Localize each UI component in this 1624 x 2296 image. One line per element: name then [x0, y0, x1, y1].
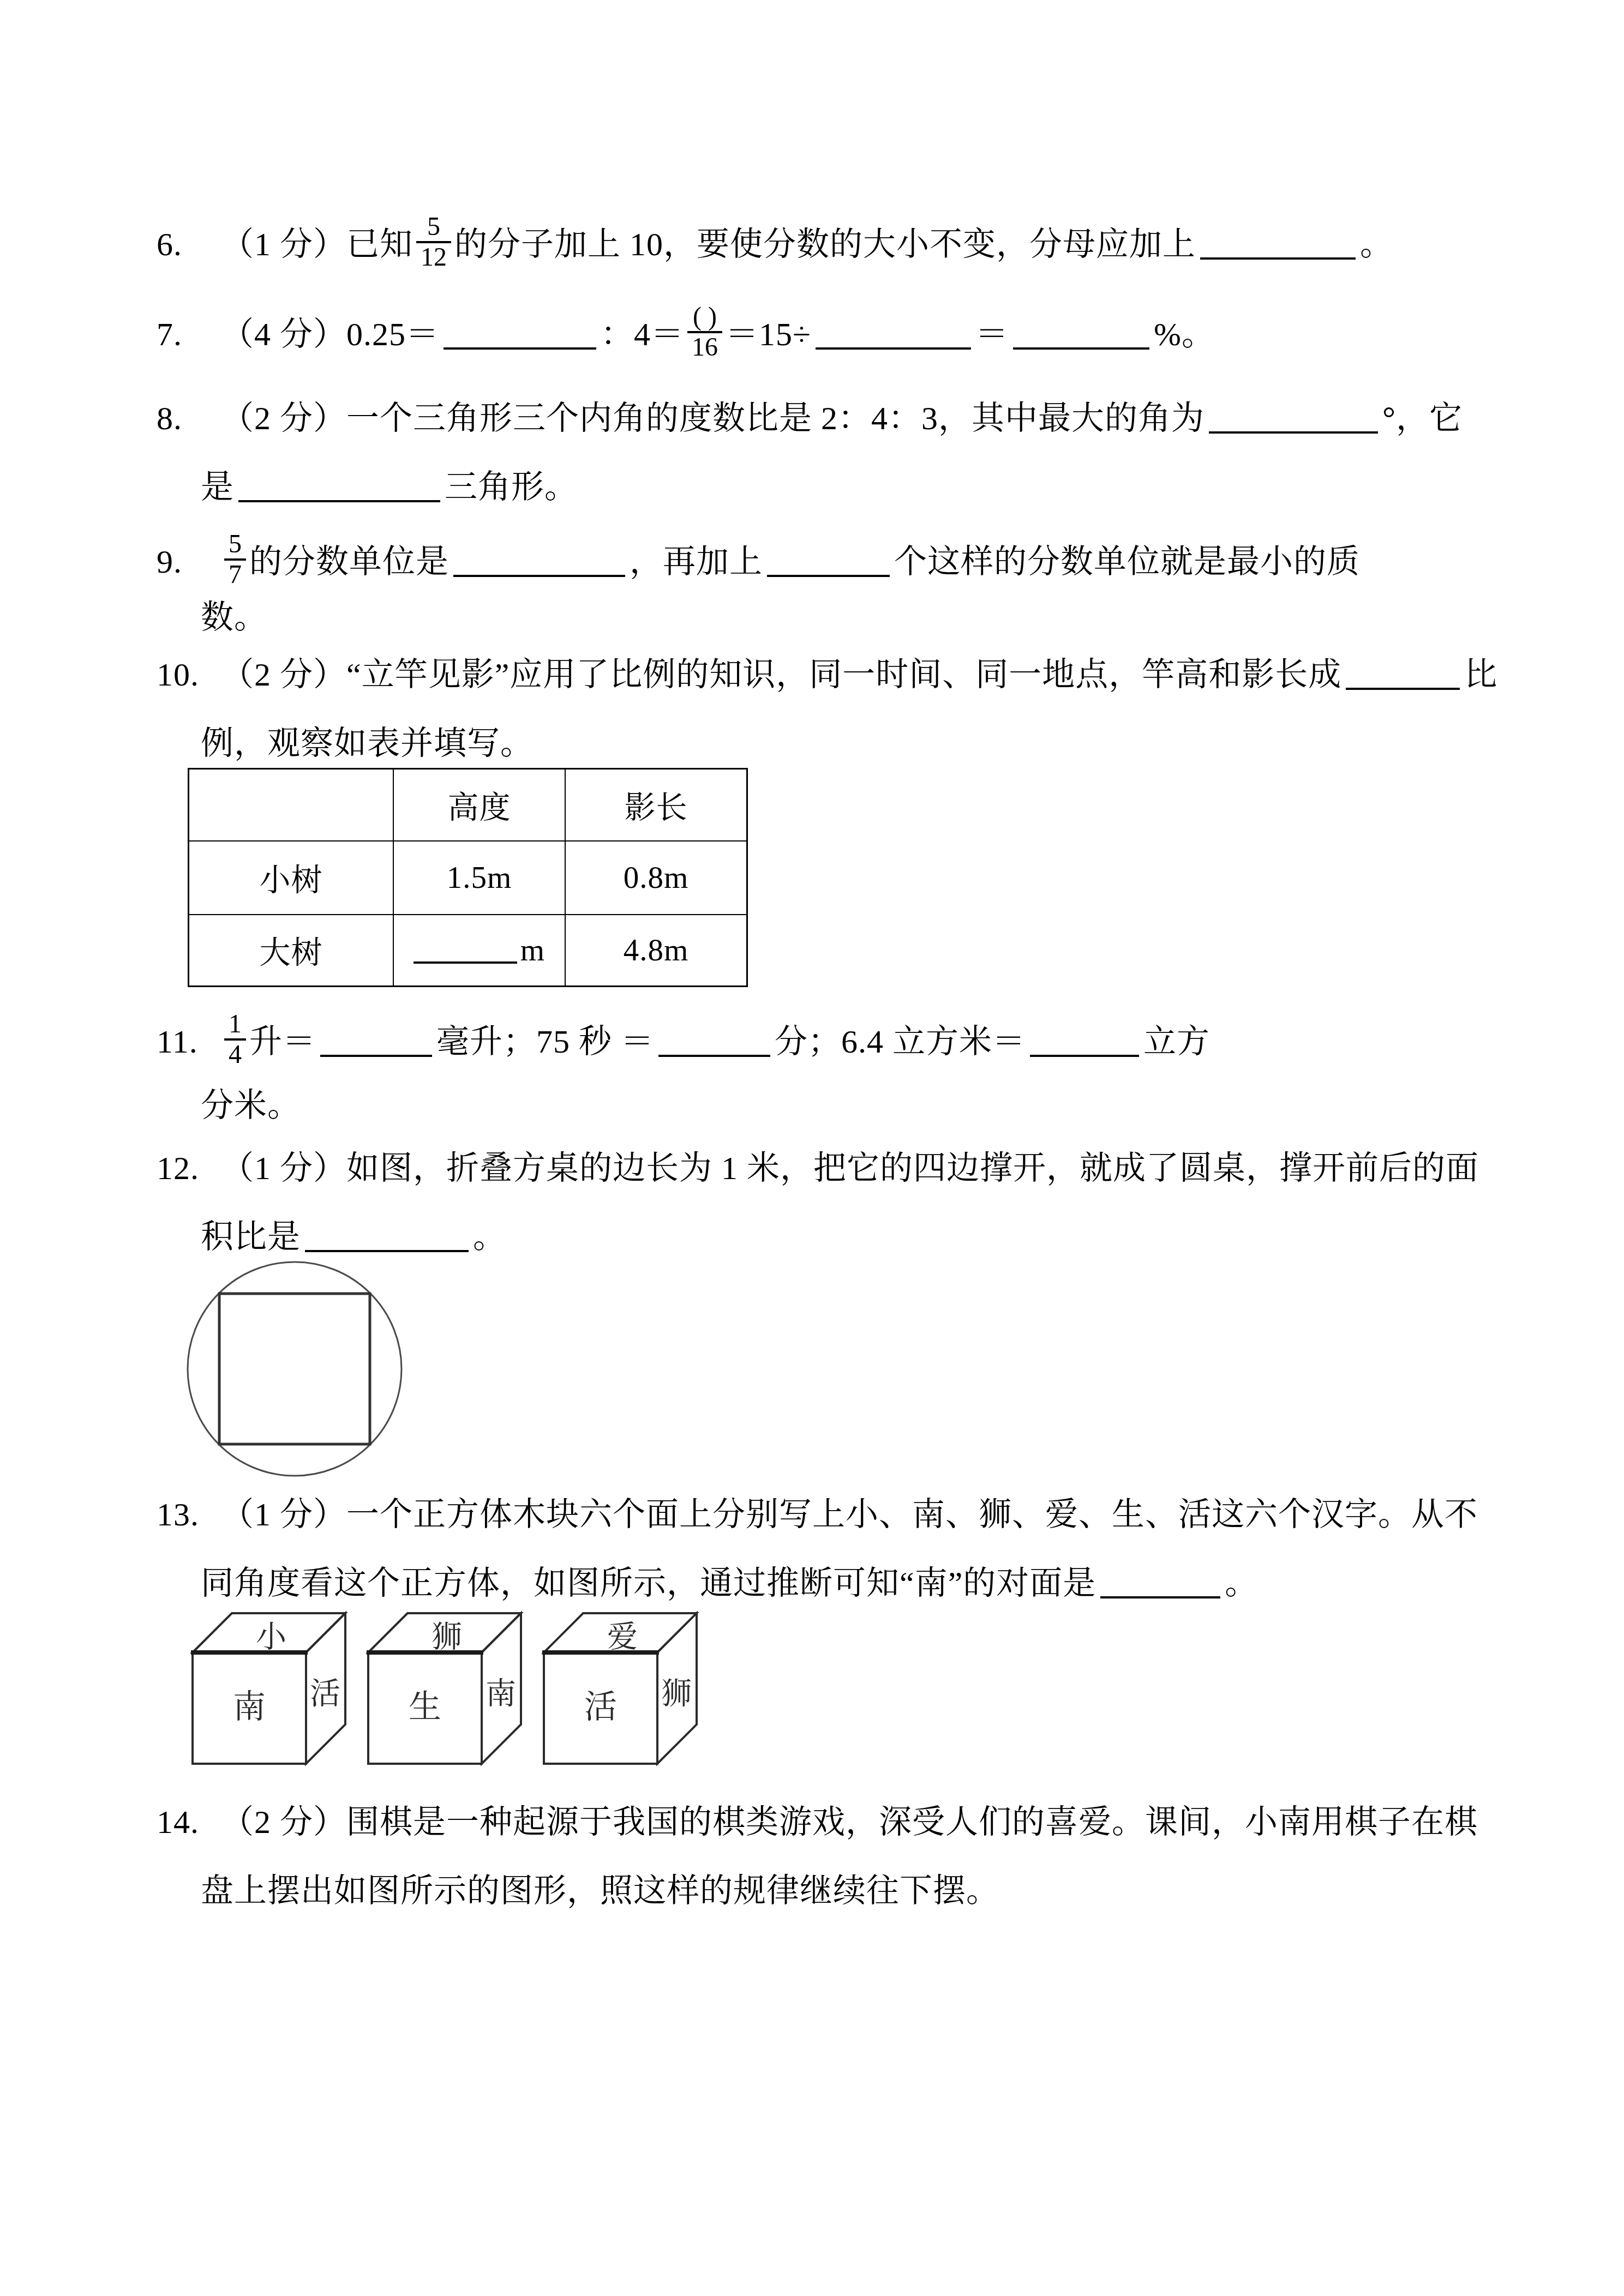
question-14-number: 14.	[157, 1802, 221, 1842]
question-13-line-1: 13.（1 分）一个正方体木块六个面上分别写上小、南、狮、爱、生、活这六个汉字。…	[157, 1494, 1478, 1535]
question-12-line-2: 积比是。	[201, 1217, 506, 1257]
answer-blank-q8-1	[1209, 403, 1378, 434]
question-12-text-3: 。	[473, 1219, 506, 1255]
table-row-big-tree: 大树 m 4.8m	[189, 915, 747, 987]
fraction-5-12: 512	[416, 213, 451, 272]
question-11-text-5: 分米。	[201, 1087, 301, 1123]
question-7-text-4: ＝	[975, 316, 1009, 352]
question-11-line-2: 分米。	[201, 1085, 301, 1126]
exam-page: 6.（1 分）已知512的分子加上 10，要使分数的大小不变，分母应加上。 7.…	[0, 0, 1624, 2296]
table-header-row: 高度 影长	[189, 769, 747, 841]
question-13-text-3: 。	[1225, 1565, 1258, 1601]
question-10-line-1: 10.（2 分）“立竿见影”应用了比例的知识，同一时间、同一地点，竿高和影长成比	[157, 654, 1497, 695]
question-9-line-2: 数。	[201, 597, 267, 638]
question-13-line-2: 同角度看这个正方体，如图所示，通过推断可知“南”的对面是。	[201, 1563, 1258, 1603]
question-11-line-1: 11.14升＝毫升；75 秒 ＝分；6.4 立方米＝立方	[157, 1015, 1210, 1074]
question-13-text-1: （1 分）一个正方体木块六个面上分别写上小、南、狮、爱、生、活这六个汉字。从不	[221, 1496, 1478, 1532]
cube-2-front-label: 生	[409, 1689, 441, 1725]
question-14-line-2: 盘上摆出如图所示的图形，照这样的规律继续往下摆。	[201, 1871, 999, 1911]
square-table-outline	[219, 1294, 370, 1444]
question-14-text-1: （2 分）围棋是一种起源于我国的棋类游戏，深受人们的喜爱。课间，小南用棋子在棋	[221, 1804, 1478, 1840]
table-cell-big-tree-label: 大树	[189, 915, 394, 987]
fraction-blank-16: ( )16	[687, 303, 722, 362]
question-7-number: 7.	[157, 314, 221, 354]
answer-blank-q7-2	[816, 319, 971, 350]
cube-view-2: 狮 生 南	[365, 1609, 529, 1768]
table-cell-small-tree-label: 小树	[189, 841, 394, 915]
question-12-text-2: 积比是	[201, 1219, 301, 1255]
square-in-circle-figure	[180, 1254, 409, 1483]
table-cell-big-tree-height: m	[393, 915, 565, 987]
cube-3-top-label: 爱	[607, 1620, 638, 1654]
table-header-empty	[189, 769, 394, 841]
answer-blank-q10	[1346, 659, 1460, 690]
question-12-line-1: 12.（1 分）如图，折叠方桌的边长为 1 米，把它的四边撑开，就成了圆桌，撑开…	[157, 1148, 1479, 1188]
question-9-line-1: 9.57的分数单位是，再加上个这样的分数单位就是最小的质	[157, 536, 1360, 594]
question-9-text-3: 个这样的分数单位就是最小的质	[894, 544, 1360, 580]
cube-3-side-label: 狮	[661, 1677, 692, 1711]
question-11-number: 11.	[157, 1021, 221, 1062]
question-11-text-4: 立方	[1143, 1024, 1210, 1060]
question-7-text-1: （4 分）0.25＝	[221, 316, 439, 352]
table-row-small-tree: 小树 1.5m 0.8m	[189, 841, 747, 915]
question-10-text-1: （2 分）“立竿见影”应用了比例的知识，同一时间、同一地点，竿高和影长成	[221, 657, 1341, 693]
question-11-text-3: 分；6.4 立方米＝	[775, 1024, 1026, 1060]
answer-blank-q12	[305, 1222, 469, 1252]
table-header-height: 高度	[393, 769, 565, 841]
table-header-shadow: 影长	[565, 769, 747, 841]
cube-2-side-label: 南	[486, 1677, 516, 1711]
question-8-text-1: （2 分）一个三角形三个内角的度数比是 2：4：3，其中最大的角为	[221, 400, 1204, 436]
question-6-number: 6.	[157, 224, 221, 265]
question-9-number: 9.	[157, 542, 221, 582]
question-8-text-4: 三角形。	[445, 469, 578, 505]
question-10-number: 10.	[157, 654, 221, 695]
question-12-text-1: （1 分）如图，折叠方桌的边长为 1 米，把它的四边撑开，就成了圆桌，撑开前后的…	[221, 1150, 1479, 1186]
question-9-text-4: 数。	[201, 599, 267, 635]
question-14-text-2: 盘上摆出如图所示的图形，照这样的规律继续往下摆。	[201, 1873, 999, 1909]
table-cell-big-tree-shadow: 4.8m	[565, 915, 747, 987]
question-10-text-3: 例，观察如表并填写。	[201, 725, 534, 761]
question-8-number: 8.	[157, 398, 221, 438]
question-12-number: 12.	[157, 1148, 221, 1188]
question-7-text-2: ：4＝	[601, 316, 684, 352]
answer-blank-table	[414, 935, 517, 964]
fraction-1-4: 14	[224, 1010, 246, 1069]
question-11-text-2: 毫升；75 秒 ＝	[436, 1024, 654, 1060]
question-7-text-5: %。	[1154, 316, 1215, 352]
cube-1-front-label: 南	[233, 1689, 266, 1725]
answer-blank-q8-2	[238, 472, 440, 502]
cube-1-top-label: 小	[256, 1620, 287, 1654]
question-8-text-2: °，它	[1382, 400, 1463, 436]
answer-blank-q11-1	[320, 1026, 432, 1057]
answer-blank-q6	[1200, 229, 1356, 260]
answer-blank-q9-2	[767, 546, 890, 577]
answer-blank-q11-2	[658, 1026, 770, 1057]
question-6-text-1: （1 分）已知	[221, 226, 413, 262]
question-13-text-2: 同角度看这个正方体，如图所示，通过推断可知“南”的对面是	[201, 1565, 1096, 1601]
answer-blank-q7-1	[444, 319, 596, 350]
question-6-text-2: 的分子加上 10，要使分数的大小不变，分母应加上	[454, 226, 1196, 262]
cube-3-front-label: 活	[584, 1689, 617, 1725]
table-unit-m: m	[520, 933, 545, 967]
height-shadow-table: 高度 影长 小树 1.5m 0.8m 大树 m 4.8m	[188, 768, 748, 987]
answer-blank-q7-3	[1013, 319, 1149, 350]
question-11-text-1: 升＝	[249, 1024, 316, 1060]
cube-2-top-label: 狮	[432, 1620, 462, 1654]
question-7-line-1: 7.（4 分）0.25＝：4＝( )16＝15÷＝%。	[157, 308, 1215, 367]
question-10-text-2: 比	[1464, 657, 1497, 693]
question-7-text-3: ＝15÷	[726, 316, 811, 352]
table-cell-small-tree-height: 1.5m	[393, 841, 565, 915]
answer-blank-q11-3	[1030, 1026, 1139, 1057]
question-10-line-2: 例，观察如表并填写。	[201, 723, 534, 764]
question-9-text-2: ，再加上	[630, 544, 763, 580]
question-8-line-1: 8.（2 分）一个三角形三个内角的度数比是 2：4：3，其中最大的角为°，它	[157, 398, 1463, 438]
answer-blank-q13	[1100, 1568, 1220, 1598]
answer-blank-q9-1	[453, 546, 625, 577]
cube-view-1: 小 南 活	[189, 1609, 353, 1768]
fraction-5-7: 57	[224, 530, 246, 589]
question-6-text-3: 。	[1360, 226, 1393, 262]
cube-view-3: 爱 活 狮	[541, 1609, 704, 1768]
question-6-line-1: 6.（1 分）已知512的分子加上 10，要使分数的大小不变，分母应加上。	[157, 218, 1393, 277]
cube-1-side-label: 活	[310, 1677, 340, 1711]
question-13-number: 13.	[157, 1494, 221, 1535]
question-9-text-1: 的分数单位是	[249, 544, 449, 580]
question-8-text-3: 是	[201, 469, 234, 505]
table-cell-small-tree-shadow: 0.8m	[565, 841, 747, 915]
question-8-line-2: 是三角形。	[201, 467, 578, 507]
question-14-line-1: 14.（2 分）围棋是一种起源于我国的棋类游戏，深受人们的喜爱。课间，小南用棋子…	[157, 1802, 1478, 1842]
